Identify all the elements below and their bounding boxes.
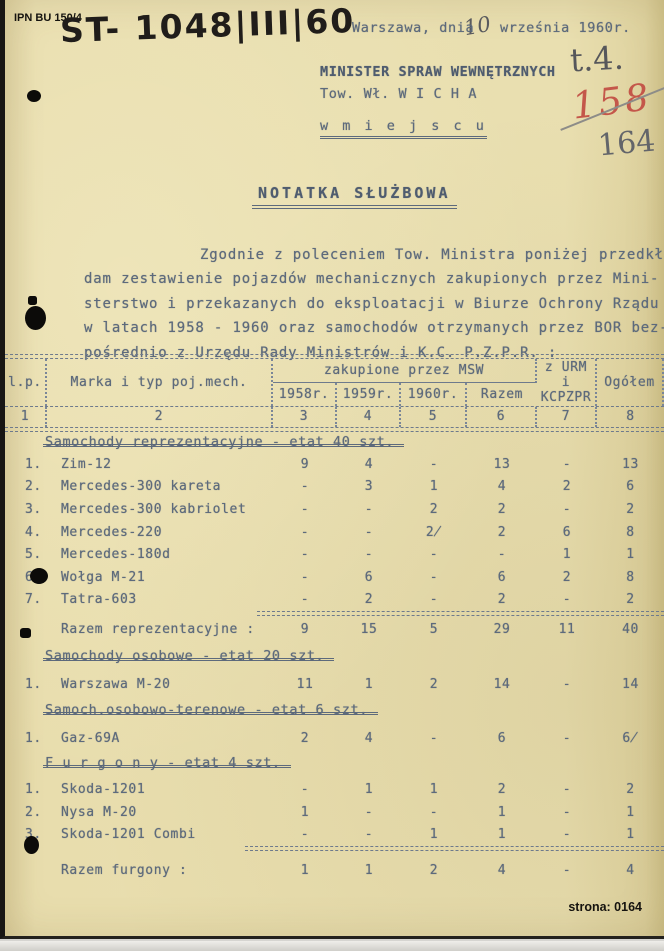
ink-blot [27, 90, 41, 102]
cell: - [273, 502, 337, 517]
addressee-name: Tow. Wł. W I C H A [320, 86, 477, 102]
cell: 4 [467, 863, 537, 878]
cell: - [273, 827, 337, 842]
table-row: 2. Mercedes-300 kareta - 3 1 4 2 6 [5, 476, 664, 499]
table-row: 1. Gaz-69A 2 4 - 6 - 6̸ [5, 727, 664, 750]
cell: - [273, 525, 337, 540]
place-date-prefix: Warszawa, dnia [352, 20, 474, 36]
body-paragraph: Zgodnie z poleceniem Tow. Ministra poniż… [84, 243, 654, 365]
cell: 1 [401, 827, 467, 842]
cell: - [537, 677, 597, 692]
row-number: 7. [5, 592, 47, 607]
vehicle-name: Nysa M-20 [47, 805, 273, 820]
ink-blot [24, 836, 39, 854]
vehicle-name: Mercedes-220 [47, 525, 273, 540]
document-title: NOTATKA SŁUŻBOWA [252, 184, 457, 209]
section-heading: F u r g o n y - etat 4 szt. [43, 763, 291, 768]
header-1958: 1958r. [273, 383, 337, 406]
table-row: 6. Wołga M-21 - 6 - 6 2 8 [5, 566, 664, 589]
cell: 15 [337, 622, 401, 637]
vehicle-table: l.p. Marka i typ poj.mech. zakupione prz… [5, 354, 664, 883]
cell: 1 [401, 479, 467, 494]
cell: - [467, 547, 537, 562]
table-row: 1. Warszawa M-20 11 1 2 14 - 14 [5, 673, 664, 696]
header-urm-line1: z URM i [537, 360, 595, 390]
row-number: 2. [5, 479, 47, 494]
header-ogolem: Ogółem [597, 359, 664, 406]
cell: 4 [337, 457, 401, 472]
cell: 29 [467, 622, 537, 637]
cell: - [537, 782, 597, 797]
cell: 8 [597, 525, 664, 540]
table-row: 1. Zim-12 9 4 - 13 - 13 [5, 453, 664, 476]
cell: 2 [401, 863, 467, 878]
vehicle-name: Zim-12 [47, 457, 273, 472]
section-heading: Samochody reprezentacyjne - etat 40 szt. [43, 442, 404, 447]
cell: 13 [597, 457, 664, 472]
ink-blot [30, 568, 48, 584]
cell: 2 [337, 592, 401, 607]
section-heading: Samoch.osobowo-terenowe - etat 6 szt. [43, 710, 378, 715]
cell: - [337, 827, 401, 842]
paragraph-line: dam zestawienie pojazdów mechanicznych z… [84, 267, 654, 291]
cell: 40 [597, 622, 664, 637]
cell: - [537, 592, 597, 607]
vehicle-name: Skoda-1201 Combi [47, 827, 273, 842]
col-number: 5 [401, 407, 467, 427]
cell: 9 [273, 622, 337, 637]
cell: - [537, 805, 597, 820]
paragraph-line: sterstwo i przekazanych do eksploatacji … [84, 292, 654, 316]
row-number: 4. [5, 525, 47, 540]
vehicle-name: Wołga M-21 [47, 570, 273, 585]
cell: 2̸ [401, 525, 467, 540]
cell: 1 [467, 827, 537, 842]
cell: 2 [597, 502, 664, 517]
ink-blot [28, 296, 37, 305]
subtotal-label: Razem furgony : [5, 863, 273, 878]
cell: - [401, 805, 467, 820]
cell: 1 [273, 805, 337, 820]
cell: 2 [467, 782, 537, 797]
cell: 1 [597, 805, 664, 820]
subtotal-row: Razem reprezentacyjne : 9 15 5 29 11 40 [5, 616, 664, 642]
date-suffix: września 1960r. [500, 20, 631, 36]
cell: - [537, 863, 597, 878]
header-urm-line2: KCPZPR [541, 390, 592, 405]
cell: - [337, 547, 401, 562]
cell: - [337, 805, 401, 820]
cell: 1 [337, 782, 401, 797]
vehicle-name: Mercedes-180d [47, 547, 273, 562]
cell: 6 [467, 731, 537, 746]
table-row: 4. Mercedes-220 - - 2̸ 2 6 8 [5, 521, 664, 544]
header-marka: Marka i typ poj.mech. [47, 359, 273, 406]
subtotal-divider [245, 846, 664, 851]
cell: 1 [273, 863, 337, 878]
ink-blot [20, 628, 31, 638]
cell: - [273, 782, 337, 797]
addressee-ministry: MINISTER SPRAW WEWNĘTRZNYCH [320, 64, 556, 80]
cell: 5 [401, 622, 467, 637]
cell: - [401, 570, 467, 585]
col-number: 7 [537, 407, 597, 427]
column-number-row: 1 2 3 4 5 6 7 8 [5, 407, 664, 427]
vehicle-name: Mercedes-300 kabriolet [47, 502, 273, 517]
subtotal-row: Razem furgony : 1 1 2 4 - 4 [5, 857, 664, 883]
cell: 6 [597, 479, 664, 494]
cell: 2 [273, 731, 337, 746]
cell: 9 [273, 457, 337, 472]
row-number: 1. [5, 677, 47, 692]
page-stamp: strona: 0164 [568, 900, 642, 914]
header-group-msw: zakupione przez MSW [273, 359, 537, 383]
cell: 1 [597, 547, 664, 562]
row-number: 3. [5, 502, 47, 517]
cell: 6 [337, 570, 401, 585]
col-number: 2 [47, 407, 273, 427]
cell: - [273, 570, 337, 585]
cell: 2 [401, 677, 467, 692]
cell: 2 [597, 782, 664, 797]
paragraph-line: Zgodnie z poleceniem Tow. Ministra poniż… [84, 243, 654, 267]
table-header: l.p. Marka i typ poj.mech. zakupione prz… [5, 359, 664, 406]
vehicle-name: Skoda-1201 [47, 782, 273, 797]
col-number: 8 [597, 407, 664, 427]
cell: 3 [337, 479, 401, 494]
row-number: 1. [5, 457, 47, 472]
scanned-document-page: IPN BU 150/4 strona: 0164 ST- 1048|III|6… [0, 0, 664, 951]
scanner-background [0, 941, 664, 951]
cell: - [401, 592, 467, 607]
handwritten-new-page-number: 164 [597, 124, 657, 164]
cell: - [401, 547, 467, 562]
cell: 2 [467, 502, 537, 517]
col-number: 6 [467, 407, 537, 427]
col-number: 3 [273, 407, 337, 427]
table-row: 1. Skoda-1201 - 1 1 2 - 2 [5, 778, 664, 801]
cell: 2 [597, 592, 664, 607]
vehicle-name: Gaz-69A [47, 731, 273, 746]
cell: 14 [467, 677, 537, 692]
vehicle-name: Mercedes-300 kareta [47, 479, 273, 494]
cell: - [401, 457, 467, 472]
vehicle-name: Tatra-603 [47, 592, 273, 607]
cell: 2 [401, 502, 467, 517]
addressee-in-place: w m i e j s c u [320, 118, 487, 139]
cell: 2 [537, 570, 597, 585]
cell: 8 [597, 570, 664, 585]
cell: 2 [537, 479, 597, 494]
cell: 1 [337, 863, 401, 878]
header-razem: Razem [467, 383, 537, 406]
cell: 1 [467, 805, 537, 820]
col-number: 4 [337, 407, 401, 427]
row-number: 5. [5, 547, 47, 562]
cell: 1 [597, 827, 664, 842]
cell: 6 [467, 570, 537, 585]
cell: - [537, 731, 597, 746]
cell: - [401, 731, 467, 746]
row-number: 2. [5, 805, 47, 820]
cell: 11 [273, 677, 337, 692]
col-number: 1 [5, 407, 47, 427]
cell: 13 [467, 457, 537, 472]
table-row: 2. Nysa M-20 1 - - 1 - 1 [5, 801, 664, 824]
header-lp: l.p. [5, 359, 47, 406]
header-1959: 1959r. [337, 383, 401, 406]
cell: 4 [337, 731, 401, 746]
table-row: 5. Mercedes-180d - - - - 1 1 [5, 543, 664, 566]
cell: - [337, 525, 401, 540]
cell: 4 [597, 863, 664, 878]
row-number: 1. [5, 731, 47, 746]
cell: 6 [537, 525, 597, 540]
cell: - [537, 827, 597, 842]
cell: - [337, 502, 401, 517]
cell: - [273, 592, 337, 607]
ink-blot [25, 306, 46, 330]
table-row: 7. Tatra-603 - 2 - 2 - 2 [5, 589, 664, 612]
cell: 2 [467, 592, 537, 607]
cell: - [273, 547, 337, 562]
cell: 1 [537, 547, 597, 562]
cell: 2 [467, 525, 537, 540]
section-heading: Samochody osobowe - etat 20 szt. [43, 656, 334, 661]
cell: - [537, 502, 597, 517]
subtotal-label: Razem reprezentacyjne : [5, 622, 273, 637]
row-number: 1. [5, 782, 47, 797]
cell: 11 [537, 622, 597, 637]
table-row: 3. Skoda-1201 Combi - - 1 1 - 1 [5, 824, 664, 847]
cell: - [537, 457, 597, 472]
handwritten-volume-mark: t.4. [569, 39, 624, 80]
cell: 1 [401, 782, 467, 797]
cell: 14 [597, 677, 664, 692]
cell: 6̸ [597, 731, 664, 746]
header-urm: z URM i KCPZPR [537, 359, 597, 406]
paragraph-line: w latach 1958 - 1960 oraz samochodów otr… [84, 316, 654, 340]
header-1960: 1960r. [401, 383, 467, 406]
table-row: 3. Mercedes-300 kabriolet - - 2 2 - 2 [5, 498, 664, 521]
vehicle-name: Warszawa M-20 [47, 677, 273, 692]
cell: - [273, 479, 337, 494]
cell: 4 [467, 479, 537, 494]
cell: 1 [337, 677, 401, 692]
